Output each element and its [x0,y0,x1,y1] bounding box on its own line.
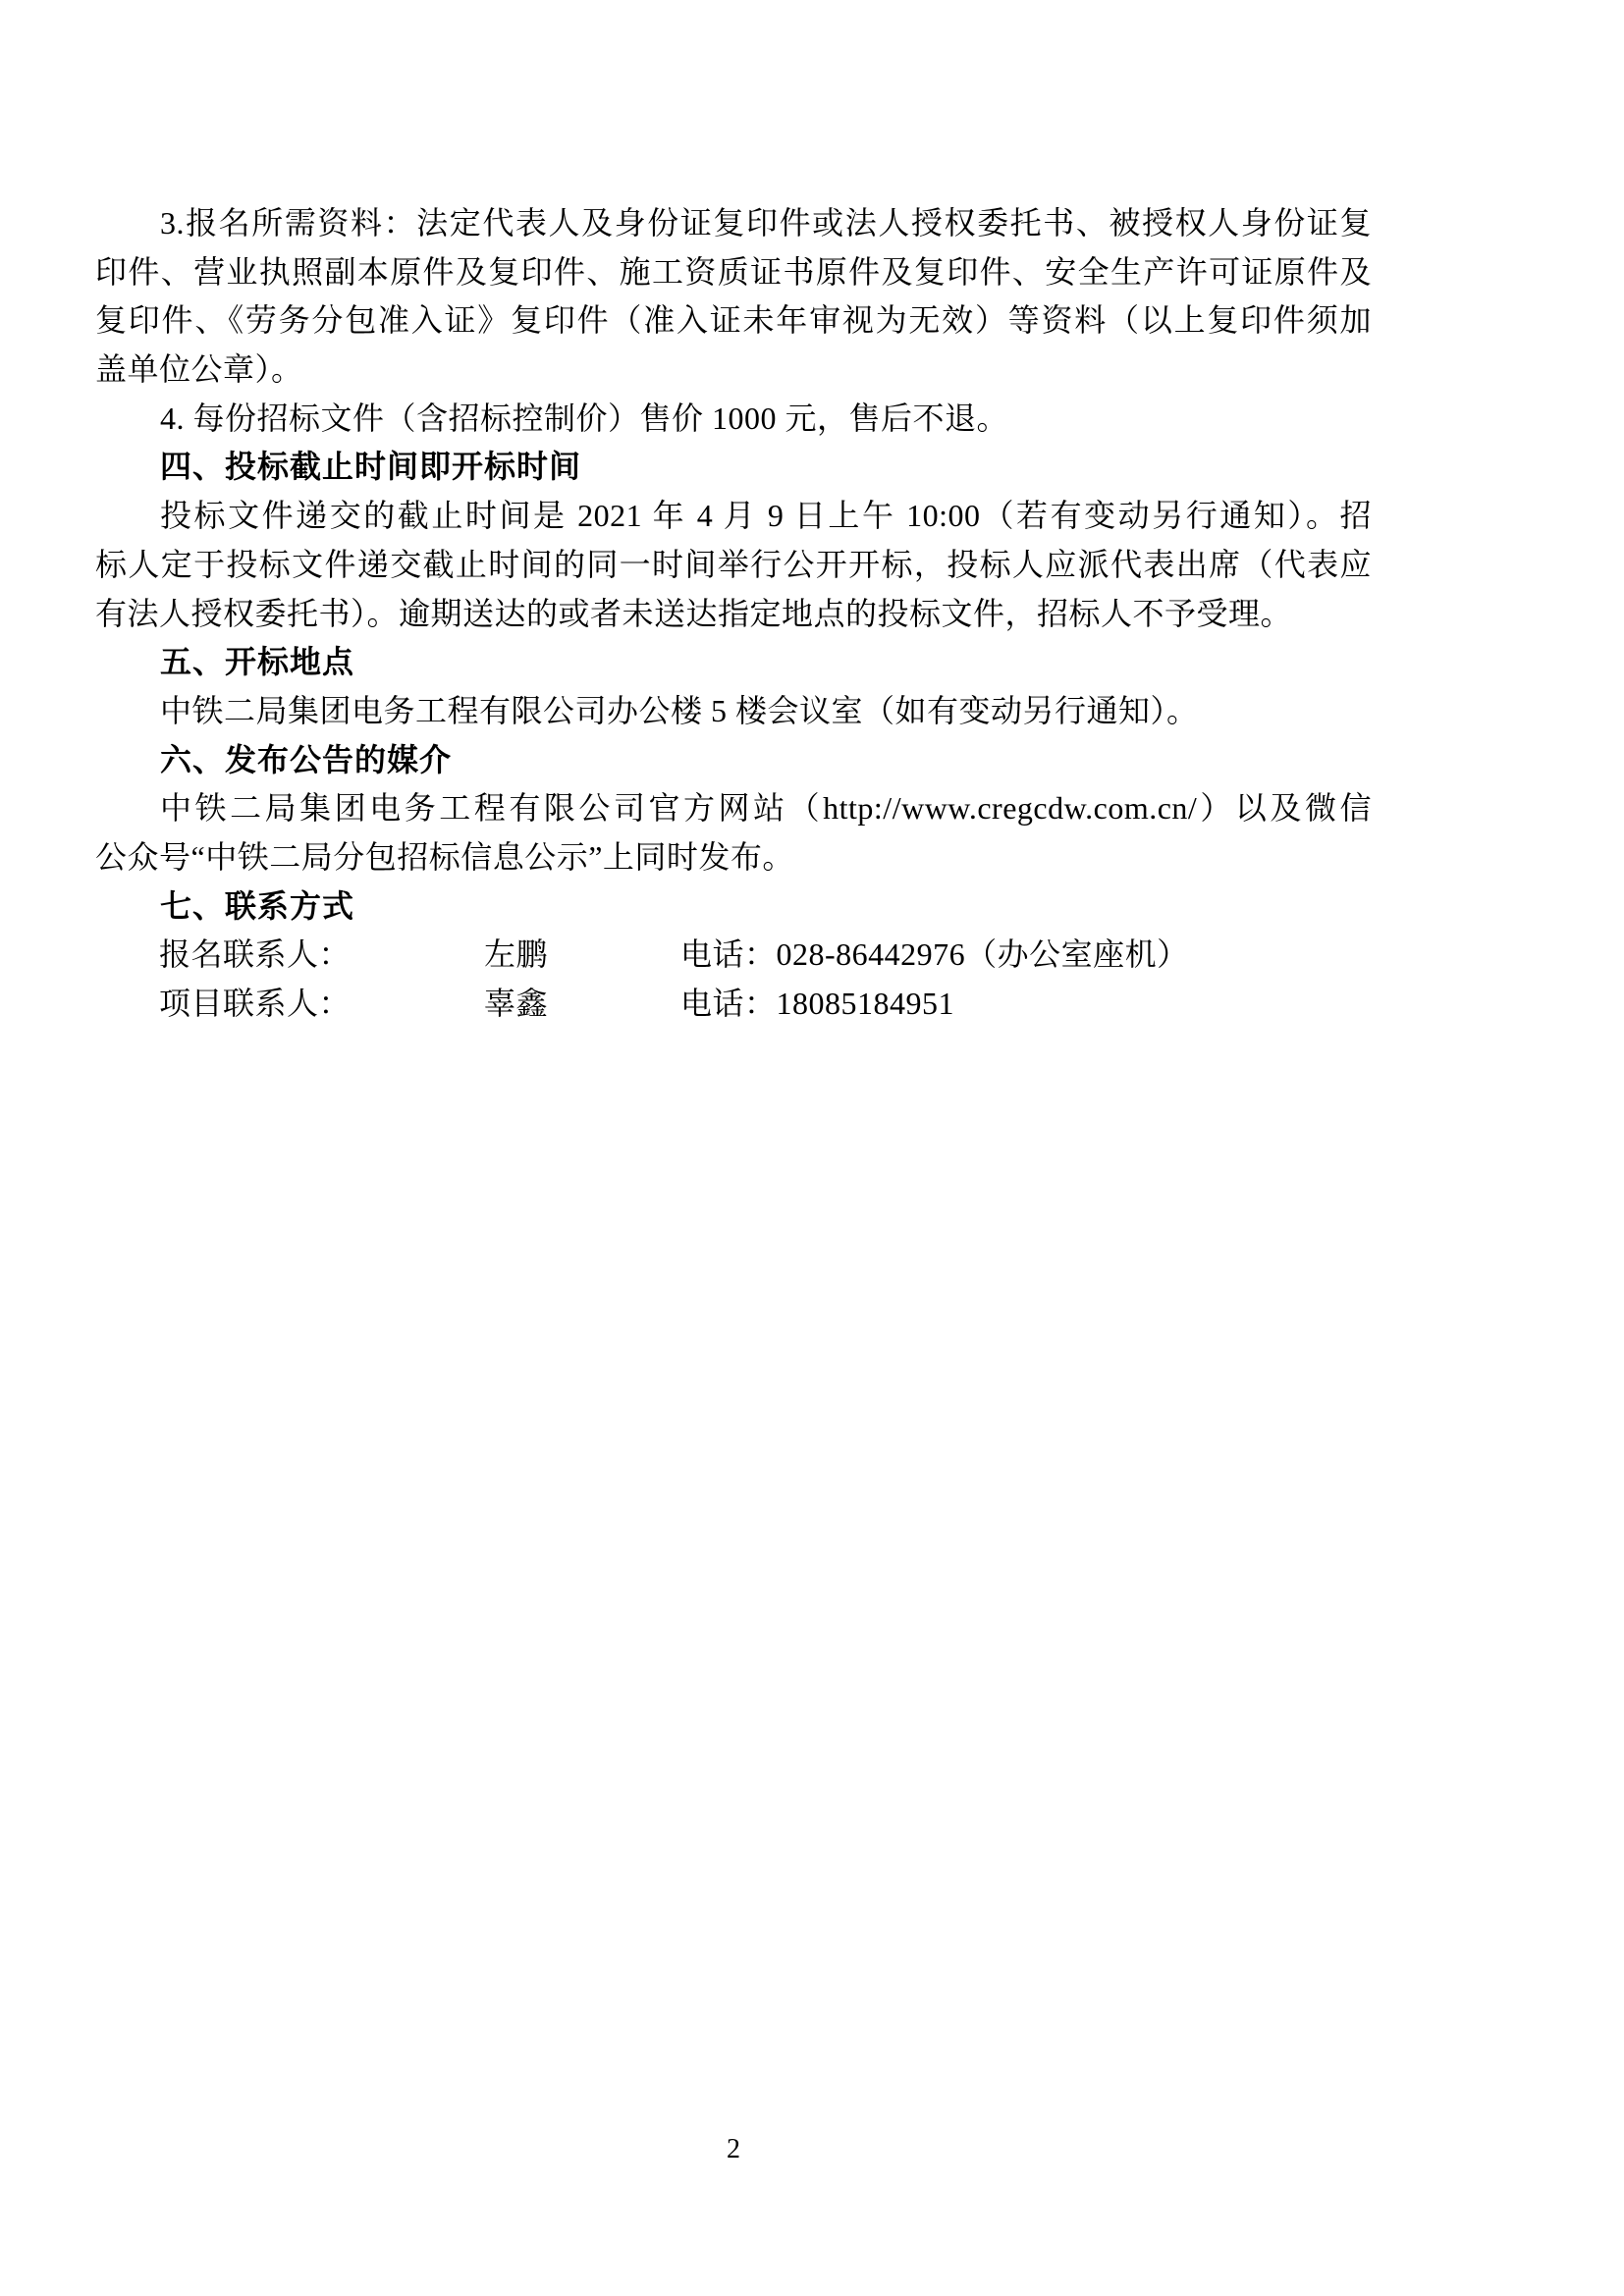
paragraph-line: 中铁二局集团电务工程有限公司官方网站（http://www.cregcdw.co… [95,784,1372,833]
section-heading: 七、联系方式 [95,882,1372,932]
paragraph-line: 盖单位公章）。 [95,346,1372,395]
document-body: 3.报名所需资料：法定代表人及身份证复印件或法人授权委托书、被授权人身份证复印件… [95,199,1372,1029]
section-heading: 六、发布公告的媒介 [95,736,1372,785]
contact-label: 报名联系人： [159,931,351,980]
paragraph-line: 投标文件递交的截止时间是 2021 年 4 月 9 日上午 10:00（若有变动… [95,492,1372,541]
paragraph-line: 4. 每份招标文件（含招标控制价）售价 1000 元，售后不退。 [95,395,1372,444]
contact-row: 报名联系人：左鹏电话：028-86442976（办公室座机） [95,931,1372,980]
contact-row: 项目联系人：辜鑫电话：18085184951 [95,980,1372,1029]
paragraph-line: 有法人授权委托书）。逾期送达的或者未送达指定地点的投标文件，招标人不予受理。 [95,590,1372,639]
contact-label: 项目联系人： [159,980,351,1029]
section-heading: 五、开标地点 [95,638,1372,687]
contact-name: 左鹏 [484,931,548,980]
contact-name: 辜鑫 [484,980,548,1029]
paragraph-line: 公众号“中铁二局分包招标信息公示”上同时发布。 [95,833,1372,882]
paragraph-line: 中铁二局集团电务工程有限公司办公楼 5 楼会议室（如有变动另行通知）。 [95,687,1372,736]
paragraph-line: 复印件、《劳务分包准入证》复印件（准入证未年审视为无效）等资料（以上复印件须加 [95,296,1372,346]
contact-phone: 电话：028-86442976（办公室座机） [680,931,1189,980]
section-heading: 四、投标截止时间即开标时间 [95,443,1372,492]
contact-phone: 电话：18085184951 [680,980,954,1029]
paragraph-line: 印件、营业执照副本原件及复印件、施工资质证书原件及复印件、安全生产许可证原件及 [95,248,1372,297]
paragraph-line: 标人定于投标文件递交截止时间的同一时间举行公开开标，投标人应派代表出席（代表应 [95,541,1372,590]
document-page: 3.报名所需资料：法定代表人及身份证复印件或法人授权委托书、被授权人身份证复印件… [0,0,1624,2296]
paragraph-line: 3.报名所需资料：法定代表人及身份证复印件或法人授权委托书、被授权人身份证复 [95,199,1372,248]
page-number: 2 [95,2130,1372,2169]
